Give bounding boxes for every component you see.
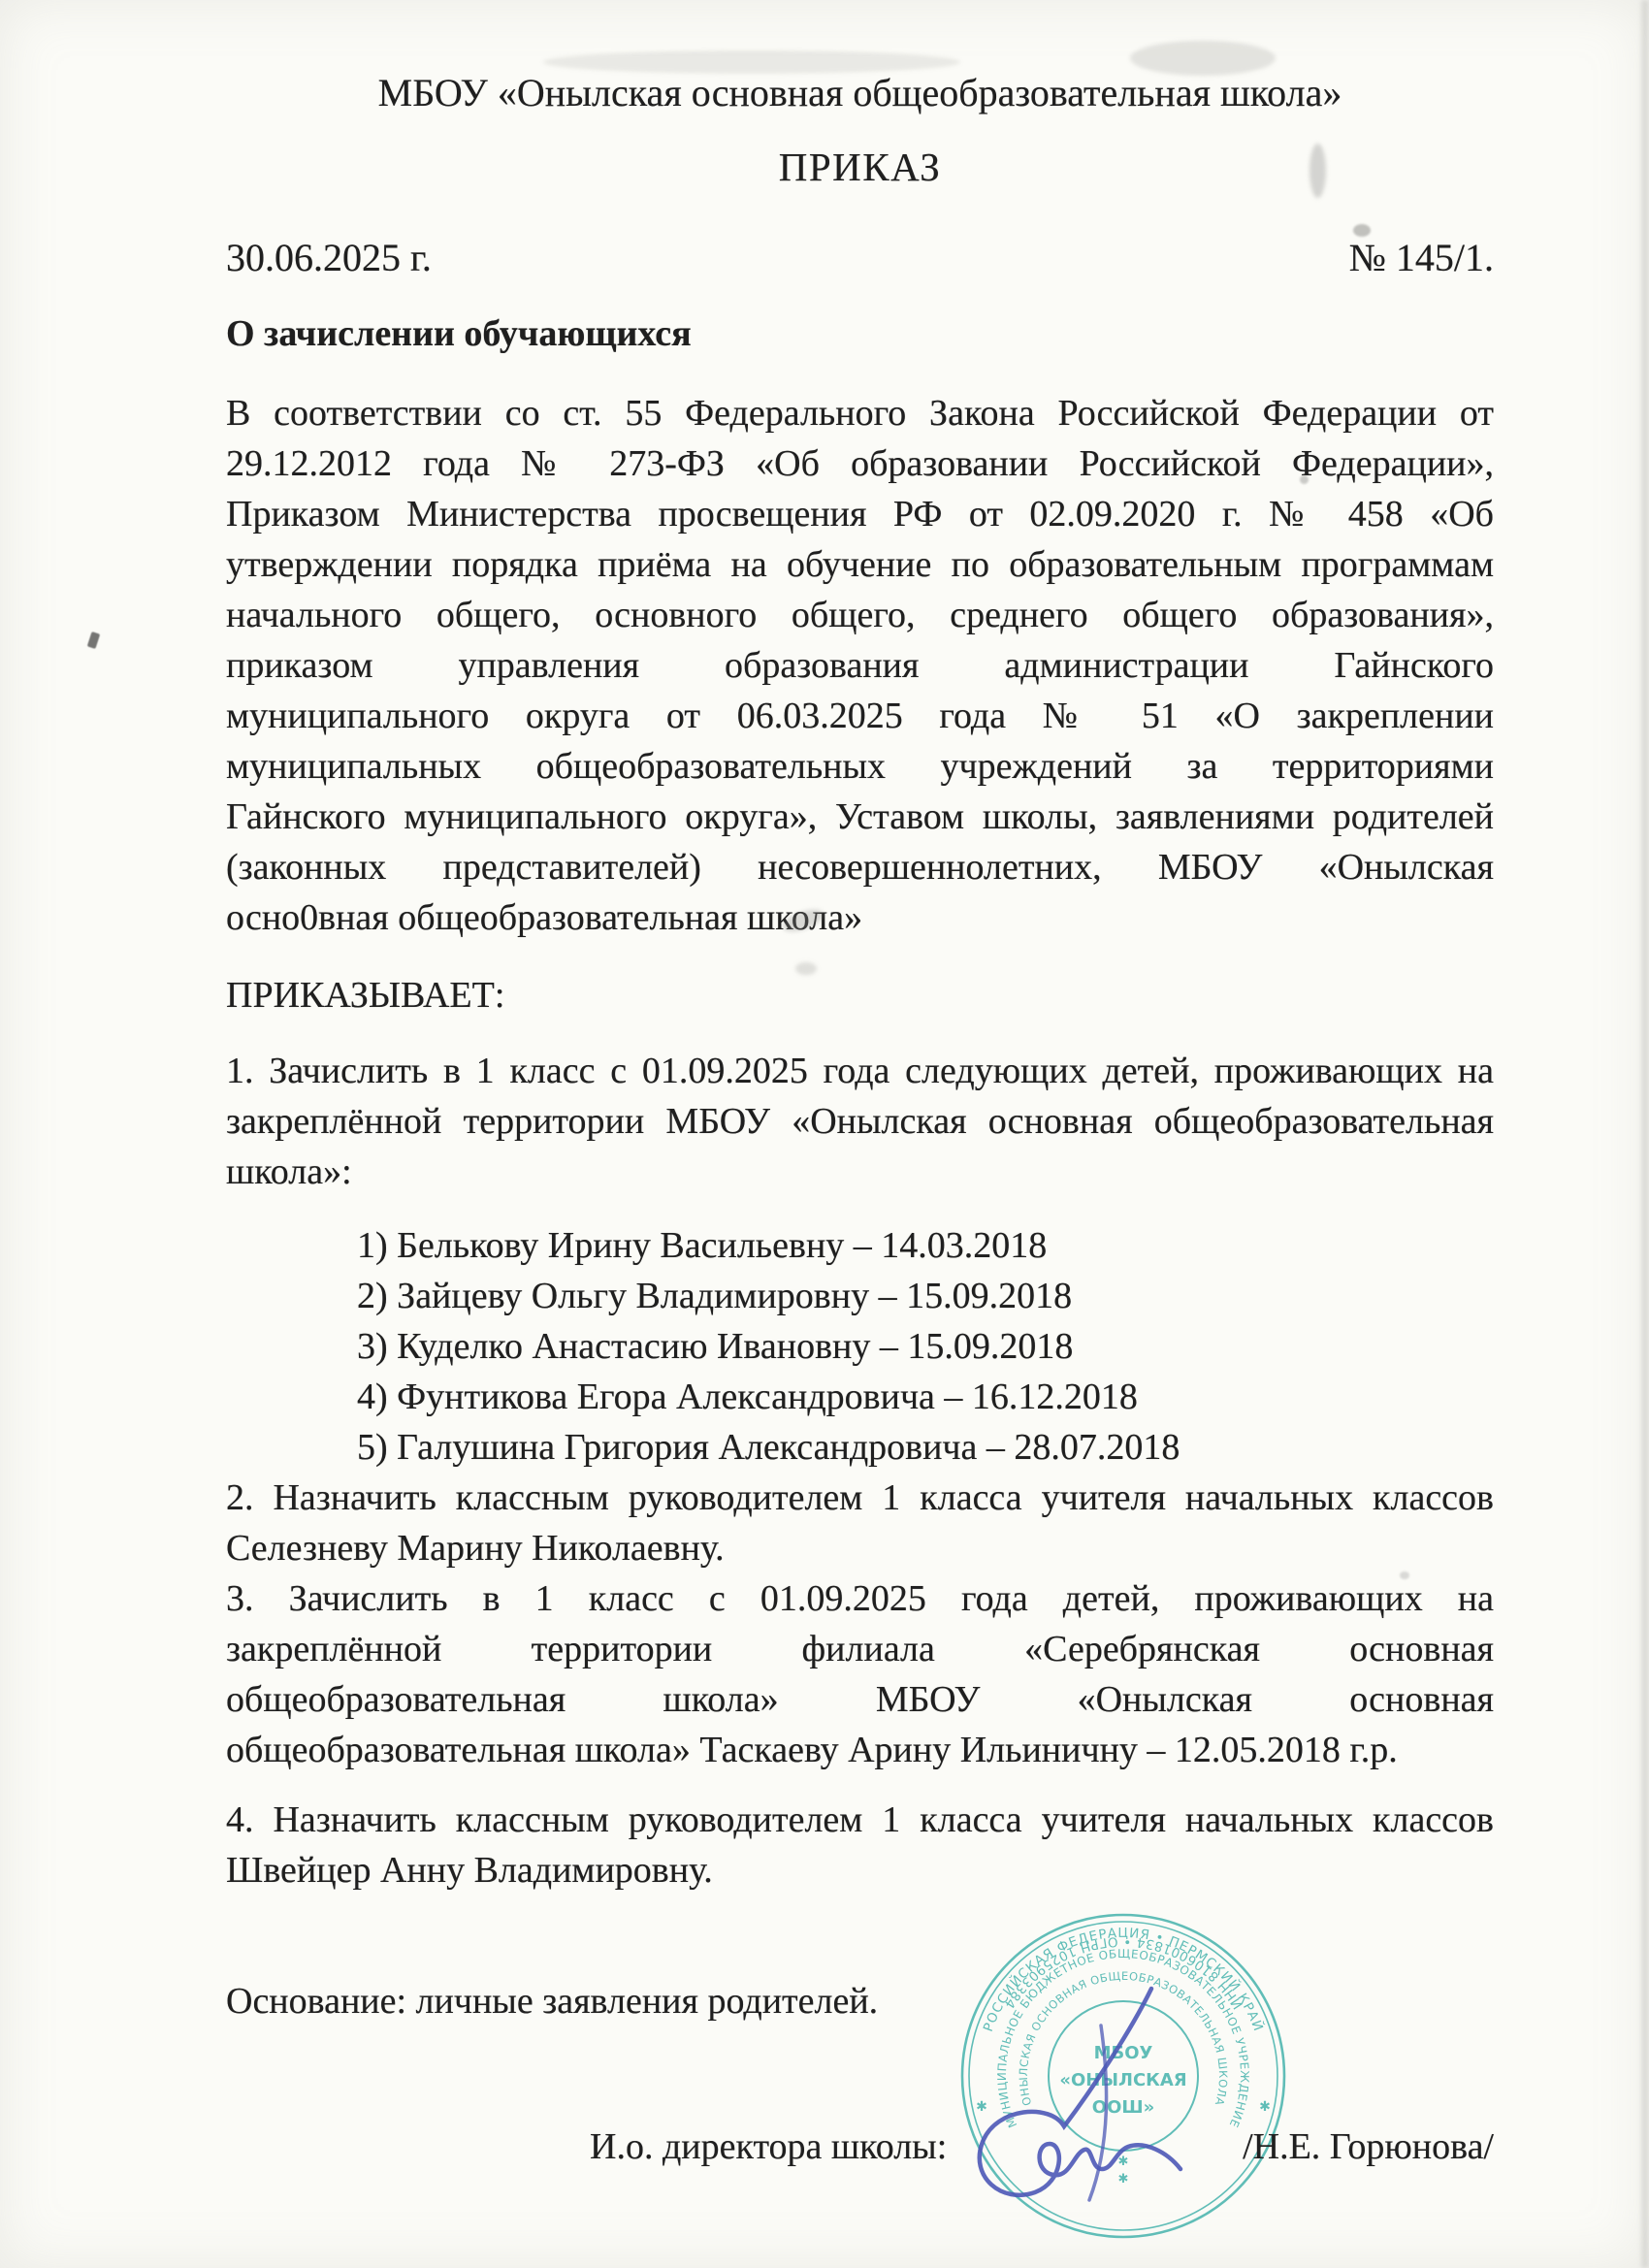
doc-date: 30.06.2025 г. [226,233,432,283]
preamble-line: Приказом Министерства просвещения РФ от … [226,489,1494,539]
preamble-line: Гайнского муниципального округа», Уставо… [226,792,1494,842]
scan-artifact [1641,0,1649,2268]
preamble-line: 29.12.2012 года № 273-ФЗ «Об образовании… [226,438,1494,489]
student-list-item: 5) Галушина Григория Александровича – 28… [226,1422,1494,1473]
preamble-line: начального общего, основного общего, сре… [226,590,1494,640]
order-item-3-line: общеобразовательная школа» МБОУ «Онылска… [226,1674,1494,1725]
student-list-item: 3) Куделко Анастасию Ивановну – 15.09.20… [226,1321,1494,1372]
order-item-3-line: закреплённой территории филиала «Серебря… [226,1624,1494,1674]
signoff-row: И.о. директора школы: /Н.Е. Горюнова/ [226,2122,1494,2172]
preamble-paragraph: В соответствии со ст. 55 Федерального За… [226,388,1494,943]
subject-line: О зачислении обучающихся [226,308,1494,359]
signature-label: И.о. директора школы: [590,2122,947,2172]
director-signature-ink [946,1979,1208,2221]
stamp-star-icon: ✱ [1259,2099,1271,2115]
student-list-item: 1) Белькову Ирину Васильевну – 14.03.201… [226,1220,1494,1271]
order-item-3-line: общеобразовательная школа» Таскаеву Арин… [226,1725,1494,1775]
order-item-2: 2. Назначить классным руководителем 1 кл… [226,1473,1494,1573]
preamble-line: муниципального округа от 06.03.2025 года… [226,691,1494,741]
student-list: 1) Белькову Ирину Васильевну – 14.03.201… [226,1220,1494,1473]
date-number-row: 30.06.2025 г. № 145/1. [226,233,1494,283]
preamble-line: приказом управления образования админист… [226,640,1494,691]
signature-name: /Н.Е. Горюнова/ [1243,2122,1494,2172]
order-item-2-line: Селезневу Марину Николаевну. [226,1523,1494,1573]
student-list-item: 2) Зайцеву Ольгу Владимировну – 15.09.20… [226,1271,1494,1321]
order-item-1-line: школа»: [226,1147,1494,1197]
preamble-line: муниципальных общеобразовательных учрежд… [226,741,1494,792]
order-item-3-line: 3. Зачислить в 1 класс с 01.09.2025 года… [226,1573,1494,1624]
basis-line: Основание: личные заявления родителей. [226,1976,1494,2026]
orders-heading: ПРИКАЗЫВАЕТ: [226,970,1494,1021]
preamble-line: осно0вная общеобразовательная школа» [226,892,1494,943]
org-name-title: МБОУ «Онылская основная общеобразователь… [226,68,1494,118]
preamble-line: утверждении порядка приёма на обучение п… [226,539,1494,590]
signature-stroke [1089,2025,1107,2200]
order-item-1-line: 1. Зачислить в 1 класс с 01.09.2025 года… [226,1046,1494,1096]
preamble-line: (законных представителей) несовершенноле… [226,842,1494,892]
scanned-order-document: МБОУ «Онылская основная общеобразователь… [0,0,1649,2268]
order-item-4-line: 4. Назначить классным руководителем 1 кл… [226,1795,1494,1845]
scan-artifact [87,632,101,649]
order-item-4-line: Швейцер Анну Владимировну. [226,1845,1494,1895]
doc-number: № 145/1. [1349,233,1494,283]
student-list-item: 4) Фунтикова Егора Александровича – 16.1… [226,1372,1494,1422]
preamble-line: В соответствии со ст. 55 Федерального За… [226,388,1494,438]
doc-type-heading: ПРИКАЗ [226,142,1494,192]
order-item-1: 1. Зачислить в 1 класс с 01.09.2025 года… [226,1046,1494,1197]
order-item-1-line: закреплённой территории МБОУ «Онылская о… [226,1096,1494,1147]
order-item-2-line: 2. Назначить классным руководителем 1 кл… [226,1473,1494,1523]
order-item-3: 3. Зачислить в 1 класс с 01.09.2025 года… [226,1573,1494,1775]
order-item-4: 4. Назначить классным руководителем 1 кл… [226,1795,1494,1895]
